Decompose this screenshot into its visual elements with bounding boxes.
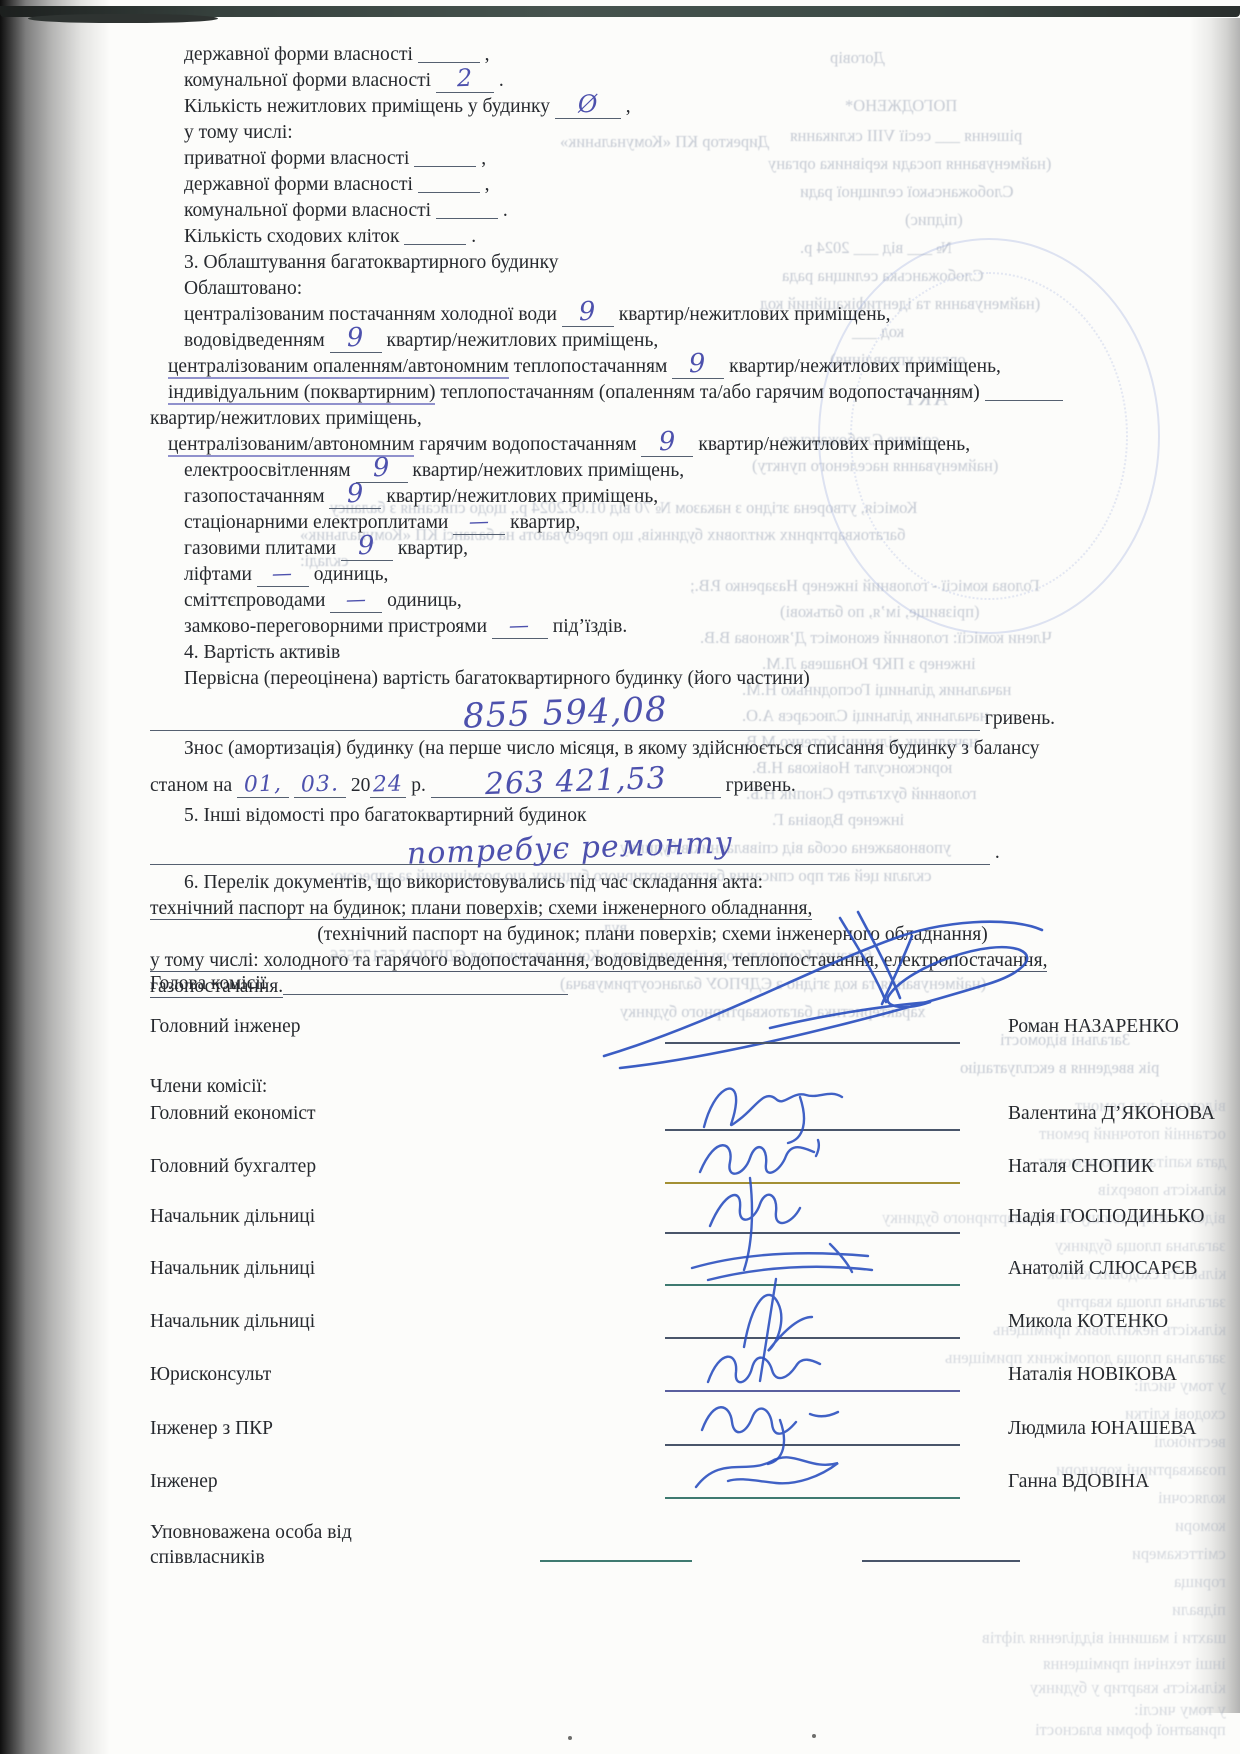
body-line: комунальної форми власності 2 . [150,68,1155,94]
printed-text: сміттєпроводами [184,590,330,611]
printed-text: гарячим водопостачанням [414,434,641,455]
handwritten-value: 263 421,53 [484,767,667,797]
printed-text: , [480,44,490,65]
printed-text: 6. Перелік документів, що використовувал… [184,872,763,893]
printed-text: квартир/нежитлових приміщень, [382,330,659,351]
signatory-name: Валентина Д’ЯКОНОВА [1008,1103,1215,1125]
printed-text: газовими плитами [184,538,341,559]
printed-text: , [480,174,490,195]
body-line: водовідведенням 9 квартир/нежитлових при… [150,328,1155,354]
body-line: у тому числі: [150,120,1155,146]
printed-text: гривень. [980,708,1055,729]
printed-text: Первісна (переоцінена) вартість багатокв… [184,668,810,689]
handwritten-value: 9 [372,458,390,479]
handwritten-value: 24 [373,775,404,794]
blank-underline: — [330,594,382,613]
signature-line [665,1444,960,1446]
printed-text: комунальної форми власності [184,70,436,91]
signatory-role: Начальник дільниці [150,1311,315,1333]
body-line: Кількість нежитлових приміщень у будинку… [150,94,1155,120]
printed-text: електроосвітленням [184,460,356,481]
printed-text: водовідведенням [184,330,330,351]
scan-edge-top-blob [28,14,218,23]
signature-line [665,1042,960,1044]
printed-text: 20 [346,775,370,796]
handwritten-value: 855 594,08 [462,696,667,730]
printed-text: під’їздів. [548,616,627,637]
body-line: квартир/нежитлових приміщень, [150,406,1155,432]
printed-text: Знос (амортизація) будинку (на перше чис… [184,738,1040,759]
printed-text: централізованим постачанням холодної вод… [184,304,562,325]
body-line: замково-переговорними пристроями — під’ї… [150,614,1155,640]
body-line: потребує ремонту . [150,837,1155,866]
signatory-name: Ганна ВДОВІНА [1008,1471,1149,1493]
signatory-role: Голова комісії [150,973,266,995]
handwritten-value: 9 [358,536,376,557]
bleedthrough-text: кількість квартир у будинку [1030,1678,1226,1698]
signatory-role: Інженер з ПКР [150,1418,273,1440]
signatory-role: Юрисконсульт [150,1364,271,1386]
handwritten-value: — [468,513,490,530]
printed-text: . [494,70,504,91]
printed-text: 5. Інші відомості про багатоквартирний б… [184,805,586,826]
body-line: стаціонарними електроплитами — квартир, [150,510,1155,536]
body-line: централізованим/автономним гарячим водоп… [150,432,1155,458]
signatory-name: Наталія НОВІКОВА [1008,1364,1177,1386]
printed-text: ліфтами [184,564,257,585]
signatory-role: Члени комісії: [150,1076,267,1098]
signature-line [665,1182,960,1184]
signature-line [665,1497,960,1499]
body-line: 3. Облаштування багатоквартирного будинк… [150,250,1155,276]
scanned-document-page: ДоговірДиректор КП «Комунальник»ПОГОДЖЕН… [0,0,1240,1754]
body-line: газовими плитами 9 квартир, [150,536,1155,562]
body-line: газопостачанням 9 квартир/нежитлових при… [150,484,1155,510]
body-line: станом на 01, 03. 2024 р. 263 421,53 гри… [150,770,1155,799]
body-line: індивідуальним (поквартирним) теплопоста… [150,380,1155,406]
blank-underline [404,230,466,245]
signatory-role: Начальник дільниці [150,1206,315,1228]
signature-line [665,1390,960,1392]
blank-underline: 24 [370,779,406,798]
handwritten-value: 03. [301,775,340,794]
body-line: 855 594,08 гривень. [150,700,1155,732]
printed-text: теплопостачанням [509,356,672,377]
blank-underline [418,48,480,63]
underlined-text: технічний паспорт на будинок; плани пове… [150,898,812,920]
printed-text: квартир/нежитлових приміщень, [408,460,685,481]
body-lines: державної форми власності ,комунальної ф… [150,42,1155,1000]
blank-underline: 9 [329,487,381,509]
body-line: централізованим постачанням холодної вод… [150,302,1155,328]
blank-underline: 03. [294,779,346,798]
body-line: 5. Інші відомості про багатоквартирний б… [150,803,1155,829]
signature-stroke [680,1069,890,1179]
bleedthrough-text: у тому числі: [1134,1700,1226,1720]
handwritten-value: 9 [346,484,364,505]
handwritten-value: 9 [346,328,364,349]
scan-speck [812,1734,816,1738]
handwritten-value: — [272,565,294,582]
printed-text: квартир/нежитлових приміщень, [693,434,970,455]
signature-stroke [680,1277,890,1387]
body-line: ліфтами — одиниць, [150,562,1155,588]
printed-text: 3. Облаштування багатоквартирного будинк… [184,252,559,273]
scan-edge-left [0,0,110,1754]
blank-underline: 9 [330,331,382,353]
printed-text: , [476,148,486,169]
signature-stroke [680,1172,890,1282]
signatory-role: Головний економіст [150,1103,316,1125]
printed-text: комунальної форми власності [184,200,436,221]
printed-text: одиниць, [309,564,389,585]
signatory-name: Роман НАЗАРЕНКО [1008,1016,1179,1038]
signatory-name: Наталя СНОПИК [1008,1156,1154,1178]
body-line: Кількість сходових кліток . [150,224,1155,250]
blank-underline: 9 [672,357,724,379]
body-line: технічний паспорт на будинок; плани пове… [150,896,1155,922]
printed-text: одиниць, [382,590,462,611]
handwritten-value: 9 [579,302,597,323]
body-line: Облаштовано: [150,276,1155,302]
signatory-name: Надія ГОСПОДИНЬКО [1008,1206,1205,1228]
printed-text: Кількість сходових кліток [184,226,404,247]
printed-text: державної форми власності [184,174,418,195]
signature-stroke [680,1330,890,1440]
signature-line [665,1337,960,1339]
body-line: державної форми власності , [150,172,1155,198]
blank-underline: — [257,568,309,587]
body-line: 6. Перелік документів, що використовувал… [150,870,1155,896]
printed-text: квартир/нежитлових приміщень, [150,408,422,429]
printed-text: р. [406,775,430,796]
handwritten-value: — [509,617,531,634]
scan-speck [568,1736,572,1740]
signatory-role: Головний бухгалтер [150,1156,316,1178]
blank-underline: 9 [641,435,693,457]
body-line: централізованим опаленням/автономним теп… [150,354,1155,380]
signatory-role: Головний інженер [150,1016,301,1038]
printed-text: у тому числі: [184,122,293,143]
underlined-text: централізованим опаленням/автономним [168,356,509,377]
printed-text: гривень. [721,775,796,796]
blank-underline: потребує ремонту [150,840,990,865]
printed-text: . [466,226,476,247]
signature-stroke [680,1224,890,1334]
handwritten-value: 01, [244,775,283,794]
signatory-name: Анатолій СЛЮСАРЄВ [1008,1258,1198,1280]
printed-text: газопостачанням [184,486,329,507]
signature-line [665,1129,960,1131]
body-line: сміттєпроводами — одиниць, [150,588,1155,614]
body-line: електроосвітленням 9 квартир/нежитлових … [150,458,1155,484]
body-line: (технічний паспорт на будинок; плани пов… [150,922,1155,948]
bleedthrough-text: приватної форми власності [1035,1720,1226,1740]
signatory-role: Уповноважена особа від співвласників [150,1520,420,1570]
printed-text: квартир/нежитлових приміщень, [381,486,658,507]
blank-underline: 855 594,08 [150,703,980,731]
printed-text: стаціонарними електроплитами [184,512,453,533]
signatory-role: Інженер [150,1471,218,1493]
signatory-role: Начальник дільниці [150,1258,315,1280]
handwritten-value: — [345,591,367,608]
signature-stroke [680,1384,890,1494]
blank-underline: — [453,516,505,535]
underlined-text: централізованим/автономним [168,434,414,455]
blank-underline [418,178,480,193]
printed-text: квартир/нежитлових приміщень, [614,304,891,325]
blank-underline: 9 [341,539,393,561]
body-line: 4. Вартість активів [150,640,1155,666]
signature-line [862,1560,1020,1562]
printed-text: державної форми власності [184,44,418,65]
blank-underline: Ø [555,98,621,119]
printed-text: (технічний паспорт на будинок; плани пов… [317,924,988,945]
printed-text: Кількість нежитлових приміщень у будинку [184,96,555,117]
handwritten-value: 2 [456,69,473,89]
printed-text: замково-переговорними пристроями [184,616,492,637]
handwritten-value: потребує ремонту [406,831,733,866]
body-line: Знос (амортизація) будинку (на перше чис… [150,736,1155,762]
signatory-name: Людмила ЮНАШЕВА [1008,1418,1196,1440]
blank-underline: 263 421,53 [431,773,721,798]
signature-stroke [680,1437,890,1547]
handwritten-value: 9 [658,432,676,453]
signature-line [665,1284,960,1286]
signature-stroke [680,1122,890,1232]
blank-underline [414,152,476,167]
handwritten-value: Ø [577,95,598,115]
blank-underline [985,386,1063,401]
signatory-name: Микола КОТЕНКО [1008,1311,1168,1333]
blank-underline: — [492,620,548,639]
printed-text: квартир, [393,538,468,559]
printed-text: 4. Вартість активів [184,642,340,663]
printed-text: квартир, [505,512,580,533]
body-line: Первісна (переоцінена) вартість багатокв… [150,666,1155,692]
blank-underline: 2 [436,72,494,93]
printed-text: квартир/нежитлових приміщень, [724,356,1001,377]
printed-text: станом на [150,775,237,796]
printed-text: . [498,200,508,221]
blank-underline: 9 [562,305,614,327]
signature-line [665,1232,960,1234]
signature-line [540,1560,692,1562]
body-line: комунальної форми власності . [150,198,1155,224]
body-line: державної форми власності , [150,42,1155,68]
underlined-text: індивідуальним (поквартирним) [168,382,435,403]
printed-text: . [990,842,1000,863]
body-line: приватної форми власності , [150,146,1155,172]
printed-text: приватної форми власності [184,148,414,169]
blank-underline [436,204,498,219]
printed-text: Облаштовано: [184,278,302,299]
printed-text: , [621,96,631,117]
handwritten-value: 9 [689,354,707,375]
signature-block: Голова комісіїГоловний інженерРоман НАЗА… [150,958,1240,1678]
printed-text: теплопостачанням (опаленням та/або гаряч… [435,382,984,403]
blank-underline: 01, [237,779,289,798]
